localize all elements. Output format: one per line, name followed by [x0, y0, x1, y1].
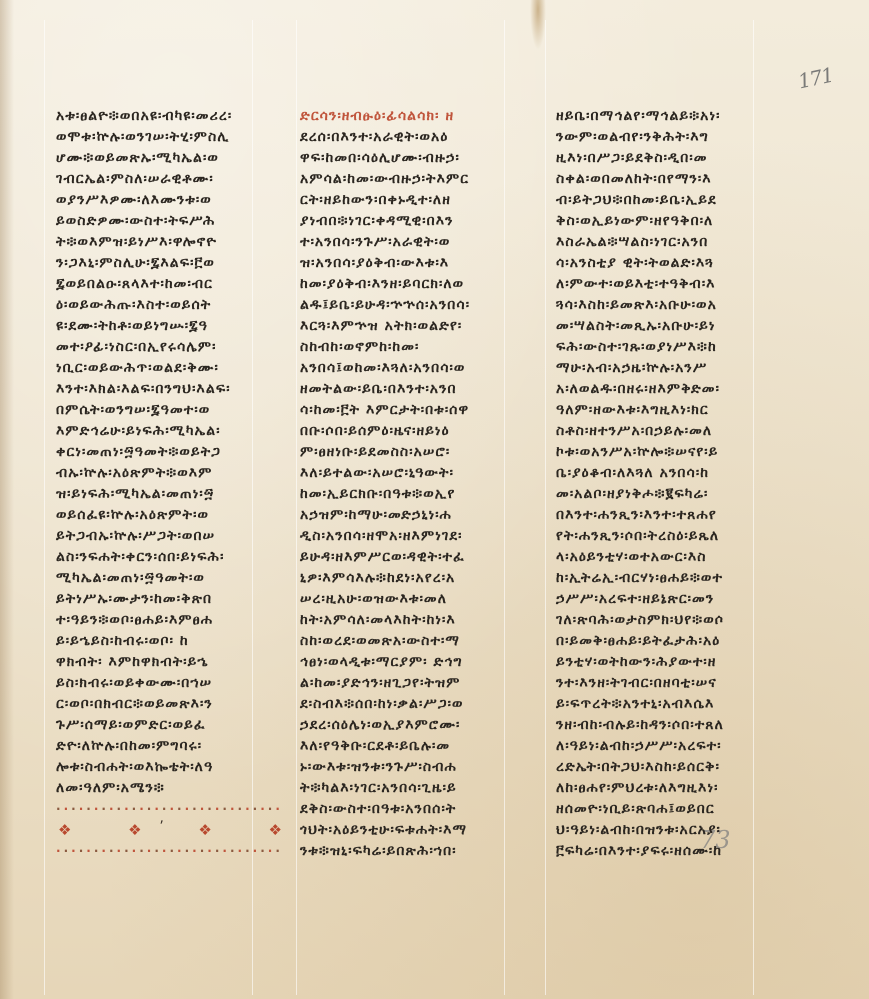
text-line: አቱ፡ፀልዮ፨ወበአዩ፡ብካዩ፡መሪረ፡ — [56, 106, 291, 127]
text-line: ኮቱ፡ወአንሥአ፡ኵሎ፨ሠናየ፡ይ — [556, 442, 794, 463]
text-line: ተ፡አንበሳ፡ንጉሥ፡አራዊት፡ወ — [300, 232, 536, 253]
text-line: ስከብከ፡ወኖምከ፡ከመ፡ — [300, 337, 536, 358]
text-line: ላ፡አዕይንቲሃ፡ወተአውር፡እስ — [556, 547, 794, 568]
text-line: ተ፡ዓይን፨ወቦ፡ፀሐይ፡እምፀሐ — [56, 610, 291, 631]
text-line: ይ፡ፍጥረት፨አንተኒ፡አብእሴእ — [556, 694, 794, 715]
text-line: ደ፡ስብእ፨ሰበ፡ከነ፡ቃል፡ሥጋ፡ወ — [300, 694, 536, 715]
text-line: ሆሙ፨ወይመጽኡ፡ሚካኤል፡ወ — [56, 148, 291, 169]
ruling-line — [44, 20, 45, 995]
text-line: እንተ፡እክል፡እልፍ፡በንግህ፡እልፍ፡ — [56, 379, 291, 400]
ornament-icon: ❖ — [128, 820, 142, 841]
text-line: ዩ፡ደሙ፡ትከቶ፡ወይነግሡ፡፯ዓ — [56, 316, 291, 337]
text-line: ኒዎ፡እምሳእሉ፨ከደነ፡አየረ፡አ — [300, 568, 536, 589]
text-line: ኃደረ፡ሰዕሌነ፡ወኢያእምሮሙ፡ — [300, 715, 536, 736]
text-line: እርጓ፡እምኍዝ አትክ፡ወልድየ፡ — [300, 316, 536, 337]
text-line: አንበሳ፤ወከመ፡እጓለ፡አንበሳ፡ወ — [300, 358, 536, 379]
text-line: የት፡ሐንጺን፡ሶበ፡ትረስዕ፡ይጼለ — [556, 526, 794, 547]
text-line: ት፨ወእምዝ፡ይነሥእ፡ዋሎኖዮ — [56, 232, 291, 253]
ruling-line — [545, 20, 546, 995]
text-line: እስራኤል፨ሣልስ፡ነገር፡አንበ — [556, 232, 794, 253]
text-line: ይትነሥኡ፡ሙታን፡ከመ፡ቅጽበ — [56, 589, 291, 610]
ornament-icon: ❖ — [58, 820, 72, 841]
text-line: ለ፡ምውተ፡ወይእቲ፡ተዓቅብ፡እ — [556, 274, 794, 295]
text-line: መ፡ሣልስት፡መጺኡ፡አቡሁ፡ይነ — [556, 316, 794, 337]
text-line: ቅስ፡ወኢይነውም፡ዘየዓቅበ፡ለ — [556, 211, 794, 232]
page-edge-shadow — [0, 0, 14, 999]
text-line: ወይሰፈዩ፡ኵሉ፡አዕጽምት፡ወ — [56, 505, 291, 526]
text-line: ሎቱ፡ስብሐት፡ወእኰቴት፡ለዓ — [56, 757, 291, 778]
text-line: ንተ፡እንዘ፡ትገብር፡በዘባቲ፡ሠና — [556, 673, 794, 694]
text-line: በቡ፡ሶበ፡ይሰምዕ፡ዜና፡ዘይነዕ — [300, 421, 536, 442]
ruling-line — [296, 20, 297, 995]
text-column-2: ድርሳን፡ዘብፁዕ፡ፊሳልሳክ፡ ዘ ደረሰ፡በእንተ፡አራዊት፡ወአዕ ዋፍ፡… — [300, 106, 536, 862]
text-line: ልስ፡ንፍሐት፡ቀርን፡ሰበ፡ይነፍሕ፡ — [56, 547, 291, 568]
text-line: ር፡ወቦ፡በክብር፨ወይመጽእ፡ን — [56, 694, 291, 715]
text-line: በ፡ይመቅ፡ፀሐይ፡ይትፈታሕ፡አዕ — [556, 631, 794, 652]
text-line: ንውም፡ወልብየ፡ንቅሕት፡እግ — [556, 127, 794, 148]
text-line: ን፡ጋእኒ፡ምስሊሁ፡፯እልፍ፡፫ወ — [56, 253, 291, 274]
text-column-1: አቱ፡ፀልዮ፨ወበአዩ፡ብካዩ፡መሪረ፡ ወሞቱ፡ኵሉ፡ወንገሠ፡ትሂ፡ምስሊ … — [56, 106, 291, 862]
rubric-heading: ድርሳን፡ዘብፁዕ፡ፊሳልሳክ፡ ዘ — [300, 106, 536, 127]
text-line: ዓለም፡ዘውእቱ፡እግዚእነ፡ክር — [556, 400, 794, 421]
text-line: ይወስድዎሙ፡ውስተ፡ትፍሥሕ — [56, 211, 291, 232]
end-ornament-row: ❖ ❖ ❖ ❖ — [56, 820, 283, 841]
text-line: ፍሕ፡ውስተ፡ገጹ፡ወያነሥእ፨ከ — [556, 337, 794, 358]
text-line: ይንቲሃ፡ወትከውን፡ሕያውተ፡ዘ — [556, 652, 794, 673]
text-line: ከመ፡ያዕቅብ፡እንዘ፡ይባርክ፡ለወ — [300, 274, 536, 295]
text-line: ከ፡ኢትሬኢ፡ብርሃነ፡ፀሐይ፨ወተ — [556, 568, 794, 589]
text-line: ዝ፡አንበሳ፡ያዕቅብ፡ውእቱ፡እ — [300, 253, 536, 274]
text-line: ኑ፡ውእቱ፡ዝንቱ፡ንጉሥ፡ስብሐ — [300, 757, 536, 778]
text-line: ሚካኤል፡መጠነ፡፵ዓመት፡ወ — [56, 568, 291, 589]
text-line: ቀርነ፡መጠነ፡፵ዓመት፨ወይትጋ — [56, 442, 291, 463]
text-line: አምሳል፡ከመ፡ውብዙኃ፡ትእምር — [300, 169, 536, 190]
text-line: ህ፡ዓይነ፡ልብከ፡በዝንቱ፡አርአያ፡ — [556, 820, 794, 841]
text-line: ስቶስ፡ዘተንሥአ፡በኃይሉ፡መለ — [556, 421, 794, 442]
text-line: ዋክብት፡ እምከዋክብት፡ይኄ — [56, 652, 291, 673]
text-line: ደቅስ፡ውስተ፡በዓቱ፡አንበሰ፡ት — [300, 799, 536, 820]
text-line: ገለ፡ጽባሕ፡ወታስምክ፡ህየ፨ወሶ — [556, 610, 794, 631]
text-line: ብ፡ይትጋህ፨በከመ፡ይቤ፡ኢይደ — [556, 190, 794, 211]
text-line: ብኡ፡ኵሉ፡አዕጽምት፨ወእም — [56, 463, 291, 484]
text-line: ከመ፡ኢይርክቡ፡በዓቱ፨ወኢየ — [300, 484, 536, 505]
text-line: አ፡ለወልዱ፡በዘሩ፡ዘእምቅድመ፡ — [556, 379, 794, 400]
text-line: ት፨ካልእ፡ነገር፡አንበሳ፡ጊዜ፡ይ — [300, 778, 536, 799]
text-line: ለመ፡ዓለም፡አሜን፨ — [56, 778, 291, 799]
text-line: ጓሳ፡እስከ፡ይመጽእ፡አቡሁ፡ወአ — [556, 295, 794, 316]
text-line: በምሴት፡ወንግሠ፡፯ዓመተ፡ወ — [56, 400, 291, 421]
text-line: ደረሰ፡በእንተ፡አራዊት፡ወአዕ — [300, 127, 536, 148]
text-line: ሳ፡ከመ፡፫ት እምርታት፡በቱ፡ሰዋ — [300, 400, 536, 421]
text-line: እምድኅሬሁ፡ይነፍሕ፡ሚካኤል፡ — [56, 421, 291, 442]
text-line: ከት፡አምሳለ፡መላእከት፡ከነ፡እ — [300, 610, 536, 631]
text-line: ኃሥሥ፡አረፍተ፡ዘይኔጽር፡መን — [556, 589, 794, 610]
text-line: ዘሰመዮ፡ነቢይ፡ጽባሐ፤ወይበር — [556, 799, 794, 820]
text-line: ማሁ፡አብ፡አኃዜ፡ኵሉ፡አንሥ — [556, 358, 794, 379]
text-line: ንቱ፨ዝኒ፡ፍካሬ፡ይበጽሕ፡ኀበ፡ — [300, 841, 536, 862]
text-line: ዚእነ፡በሥጋ፡ይደቅስ፡ዲበ፡መ — [556, 148, 794, 169]
text-line: ስከ፡ወረደ፡ወመጽአ፡ውስተ፡ማ — [300, 631, 536, 652]
text-line: መተ፡ዖፊ፡ነስር፡በኢየሩሳሌም፡ — [56, 337, 291, 358]
text-line: ዕ፡ወይውሕጡ፡እስተ፡ወይሰት — [56, 295, 291, 316]
text-line: ርት፡ዘይከውን፡በቀኑዲተ፡ለዘ — [300, 190, 536, 211]
text-line: ይሁዳ፡ዘእምሥርወ፡ዳዊት፡ተፈ — [300, 547, 536, 568]
text-line: ሠረ፡ዚአሁ፡ወዝውእቱ፡መለ — [300, 589, 536, 610]
text-line: ዲስ፡አንበሳ፡ዘሞአ፡ዘእምነገደ፡ — [300, 526, 536, 547]
text-line: ረድኤት፡በትጋህ፡እስከ፡ይሰርቅ፡ — [556, 757, 794, 778]
text-line: ኅፀነ፡ወላዲቱ፡ማርያም፡ ድኅግ — [300, 652, 536, 673]
text-line: ዋፍ፡ከመበ፡ሳዕሊሆሙ፡ብዙኃ፡ — [300, 148, 536, 169]
text-line: ለ፡ዓይነ፡ልብከ፡ኃሥሥ፡አረፍተ፡ — [556, 736, 794, 757]
text-line: ዘመትልው፡ይቤ፡በእንተ፡አንበ — [300, 379, 536, 400]
text-line: አኃዝም፡ከማሁ፡መድኃኒነ፡ሐ — [300, 505, 536, 526]
text-line: ጎህት፡አዕይንቲሁ፡ፍቱሐት፡እማ — [300, 820, 536, 841]
text-line: ል፡ከመ፡ያድኅን፡ዘጊጋየ፡ትዝም — [300, 673, 536, 694]
water-stain — [530, 0, 546, 50]
text-line: መ፡አልቦ፡ዘያነቅሖ፨፪ፍካሬ፡ — [556, 484, 794, 505]
text-line: ድዮ፡ለኵሉ፡በከመ፡ምግባሩ፡ — [56, 736, 291, 757]
text-line: ያነብበ፨ነገር፡ቀዳሚዊ፡በእን — [300, 211, 536, 232]
text-line: ንዘ፡ብከ፡ብሉይ፡ከዳን፡ሶበ፡ተጸለ — [556, 715, 794, 736]
text-line: ዘይቤ፡በማኅልየ፡ማኅልይ፨አነ፡ — [556, 106, 794, 127]
text-column-3: ዘይቤ፡በማኅልየ፡ማኅልይ፨አነ፡ ንውም፡ወልብየ፡ንቅሕት፡እግ ዚእነ፡… — [556, 106, 794, 862]
text-line: እለ፡የዓቅቡ፡ርደቶ፡ይቤሉ፡መ — [300, 736, 536, 757]
text-line: ም፡ፀዘነቡ፡ይደመስስ፡አሠሮ፡ — [300, 442, 536, 463]
text-line: ይ፡ይኄይስ፡ከብሩ፡ወቦ፡ ከ — [56, 631, 291, 652]
ink-mark: ⸴ — [160, 810, 164, 829]
text-line: ወያንሥእዎሙ፡ለእሙንቱ፡ወ — [56, 190, 291, 211]
text-line: ፯ወይበልዑ፡ጸላእተ፡ከመ፡ብር — [56, 274, 291, 295]
text-line: ለከ፡ፀሐየ፡ምህረቱ፡ለእግዚእነ፡ — [556, 778, 794, 799]
text-line: ነቢር፡ወይውሕጥ፡ወልደ፡ቅሙ፡ — [56, 358, 291, 379]
text-line: እለ፡ይተልው፡አሠሮ፡ኒዓውት፡ — [300, 463, 536, 484]
text-line: ጉሥ፡ሰማይ፡ወምድር፡ወይፈ — [56, 715, 291, 736]
text-line: ስቀል፡ወበመለከት፡በየማን፡እ — [556, 169, 794, 190]
text-line: ይትጋብኡ፡ኵሉ፡ሥጋት፡ወበሠ — [56, 526, 291, 547]
ornament-icon: ❖ — [198, 820, 212, 841]
ornament-icon: ❖ — [269, 820, 283, 841]
text-line: ሳ፡አንስቲያ ዊት፡ትወልድ፡እጓ — [556, 253, 794, 274]
text-line: በእንተ፡ሐንጺን፡እንተ፡ተጸሐየ — [556, 505, 794, 526]
text-line: ፫ፍካሬ፡በእንተ፡ያፍሩ፡ዘሰሙ፡ከ — [556, 841, 794, 862]
dotted-end-line: ········································ — [56, 841, 281, 862]
text-line: ዝ፡ይነፍሕ፡ሚካኤል፡መጠነ፡፵ — [56, 484, 291, 505]
text-line: ቤ፡ያዕቆብ፡ለእጓለ አንበሳ፡ከ — [556, 463, 794, 484]
text-line: ወሞቱ፡ኵሉ፡ወንገሠ፡ትሂ፡ምስሊ — [56, 127, 291, 148]
text-line: ይስ፡ክብሩ፡ወይቀውሙ፡በኀሠ — [56, 673, 291, 694]
text-line: ልዱ፤ይቤ፡ይሁዳ፡ኍኍሰ፡አንበሳ፡ — [300, 295, 536, 316]
dotted-end-line: ········································ — [56, 799, 281, 820]
text-line: ገብርኤል፡ምስለ፡ሠራዊቶሙ፡ — [56, 169, 291, 190]
